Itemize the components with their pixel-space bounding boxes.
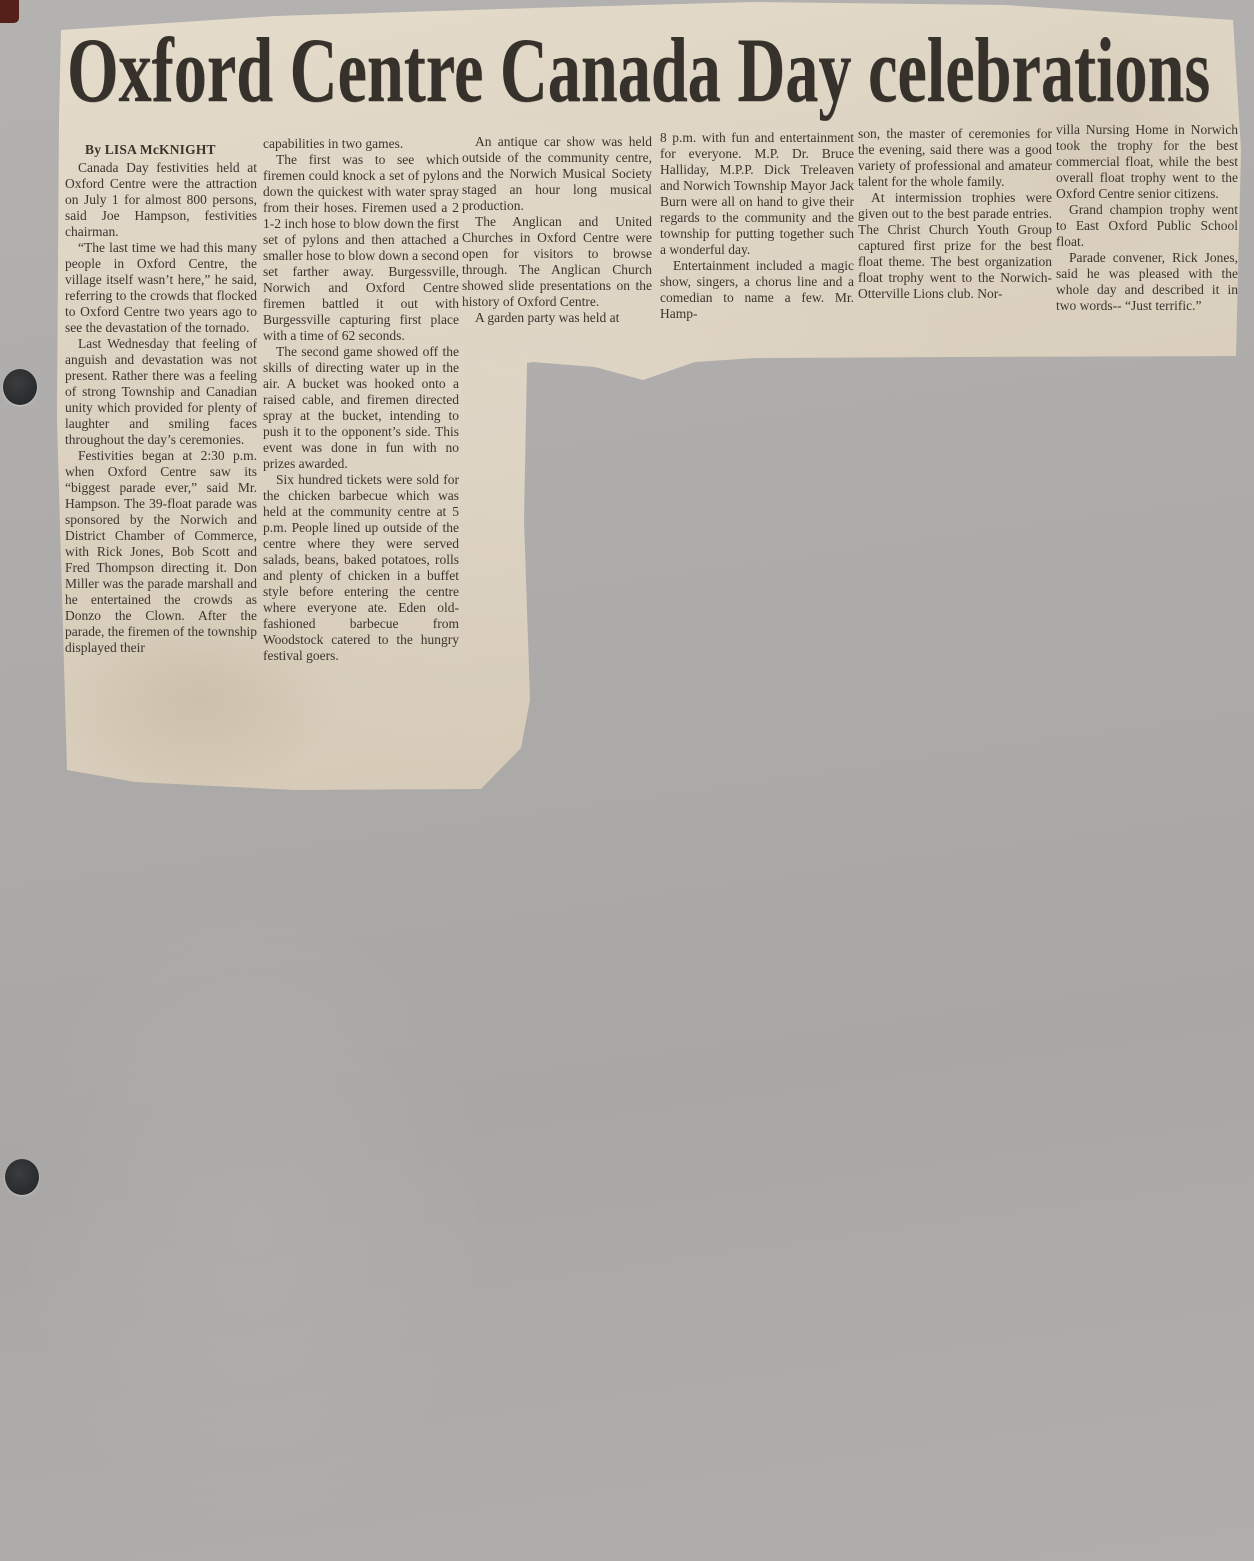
byline: By LISA McKNIGHT (65, 142, 257, 158)
article-paragraph: Last Wednesday that feeling of anguish a… (65, 336, 257, 448)
article-paragraph: Canada Day festivities held at Oxford Ce… (65, 160, 257, 240)
headline: Oxford Centre Canada Day celebrations (67, 24, 1210, 116)
page-corner-tab (0, 0, 19, 23)
article-paragraph: Parade convener, Rick Jones, said he was… (1056, 250, 1238, 314)
article-paragraph: Six hundred tickets were sold for the ch… (263, 472, 459, 664)
article-paragraph: An antique car show was held outside of … (462, 134, 652, 214)
article-column-4: 8 p.m. with fun and entertainment for ev… (660, 130, 854, 322)
article-paragraph: “The last time we had this many people i… (65, 240, 257, 336)
article-paragraph: villa Nursing Home in Norwich took the t… (1056, 122, 1238, 202)
article-column-3: An antique car show was held outside of … (462, 134, 652, 326)
article-column-5: son, the master of ceremonies for the ev… (858, 126, 1052, 302)
hole-punch-bottom (5, 1159, 39, 1195)
article-paragraph: The second game showed off the skills of… (263, 344, 459, 472)
article-column-1: By LISA McKNIGHTCanada Day festivities h… (65, 142, 257, 656)
article-paragraph: son, the master of ceremonies for the ev… (858, 126, 1052, 190)
article-column-2: capabilities in two games.The first was … (263, 136, 459, 664)
hole-punch-top (3, 369, 37, 405)
article-paragraph: Festivities began at 2:30 p.m. when Oxfo… (65, 448, 257, 656)
article-paragraph: Grand champion trophy went to East Oxfor… (1056, 202, 1238, 250)
article-paragraph: The first was to see which firemen could… (263, 152, 459, 344)
scrapbook-page: Oxford Centre Canada Day celebrations By… (0, 0, 1254, 1561)
article-column-6: villa Nursing Home in Norwich took the t… (1056, 122, 1238, 314)
article-paragraph: 8 p.m. with fun and entertainment for ev… (660, 130, 854, 258)
article-paragraph: The Anglican and United Churches in Oxfo… (462, 214, 652, 310)
article-paragraph: capabilities in two games. (263, 136, 459, 152)
article-paragraph: A garden party was held at (462, 310, 652, 326)
article-paragraph: Entertainment included a magic show, sin… (660, 258, 854, 322)
news-clipping: Oxford Centre Canada Day celebrations By… (55, 0, 1245, 796)
article-paragraph: At intermission trophies were given out … (858, 190, 1052, 302)
